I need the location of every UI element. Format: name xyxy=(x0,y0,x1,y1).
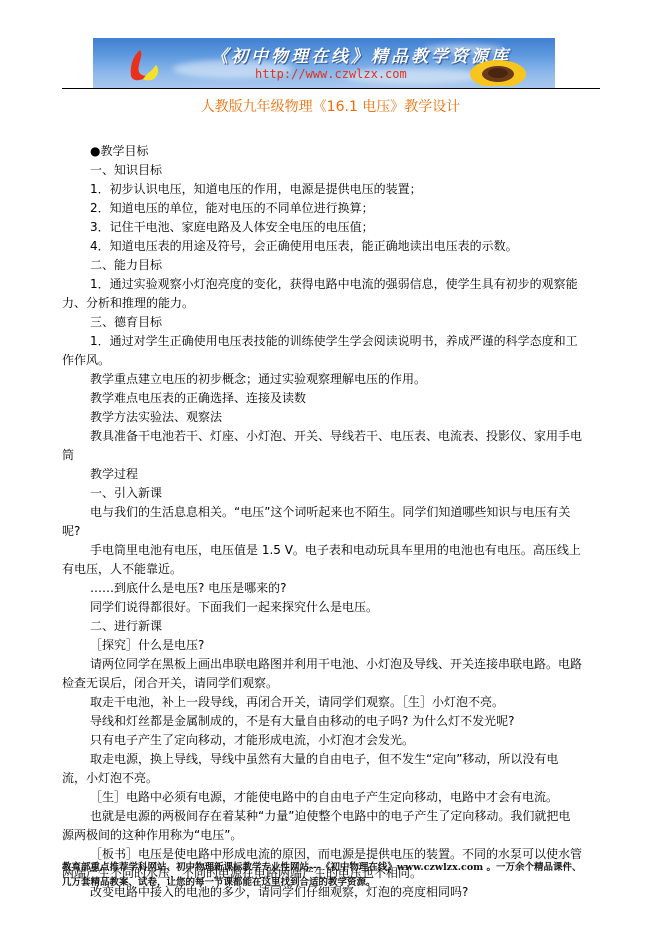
subsection-heading: 二、能力目标 xyxy=(62,256,582,275)
paragraph: ……到底什么是电压? 电压是哪来的? xyxy=(62,579,582,598)
paragraph: 1．通过对学生正确使用电压表技能的训练使学生学会阅读说明书，养成严谨的科学态度和… xyxy=(62,332,582,370)
subsection-heading: 教学过程 xyxy=(62,465,582,484)
document-title: 人教版九年级物理《16.1 电压》教学设计 xyxy=(0,96,661,116)
document-body: ●教学目标 一、知识目标 1．初步认识电压，知道电压的作用，电源是提供电压的装置… xyxy=(62,142,582,902)
footer-line-1: 教育部重点推荐学科网站、初中物理新课标教学专业性网站---《初中物理在线》www… xyxy=(62,860,622,875)
subsection-heading: 三、德育目标 xyxy=(62,313,582,332)
subsection-heading: 二、进行新课 xyxy=(62,617,582,636)
paragraph: 只有电子产生了定向移动，才能形成电流，小灯泡才会发光。 xyxy=(62,731,582,750)
paragraph: 1．初步认识电压，知道电压的作用，电源是提供电压的装置； xyxy=(62,180,582,199)
paragraph: 3．记住干电池、家庭电路及人体安全电压的电压值； xyxy=(62,218,582,237)
section-heading: ●教学目标 xyxy=(62,142,582,161)
paragraph: 取走电源，换上导线，导线中虽然有大量的自由电子，但不发生“定向”移动，所以没有电… xyxy=(62,750,582,788)
paragraph: 导线和灯丝都是金属制成的，不是有大量自由移动的电子吗? 为什么灯不发光呢? xyxy=(62,712,582,731)
header-divider xyxy=(62,88,600,89)
paragraph: 教学难点电压表的正确选择、连接及读数 xyxy=(62,389,582,408)
paragraph: 也就是电源的两极间存在着某种“力量”迫使整个电路中的电子产生了定向移动。我们就把… xyxy=(62,807,582,845)
footer-line-2: 几万套精品教案、试卷，让您的每一节课都能在这里找到合适的教学资源。 xyxy=(62,875,622,890)
paragraph: 同学们说得都很好。下面我们一起来探究什么是电压。 xyxy=(62,598,582,617)
paragraph: 电与我们的生活息息相关。“电压”这个词听起来也不陌生。同学们知道哪些知识与电压有… xyxy=(62,503,582,541)
paragraph: 请两位同学在黑板上画出串联电路图并利用干电池、小灯泡及导线、开关连接串联电路。电… xyxy=(62,655,582,693)
site-logo-icon xyxy=(126,49,166,83)
banner-url[interactable]: http://www.czwlzx.com xyxy=(255,67,407,81)
page-footer: 教育部重点推荐学科网站、初中物理新课标教学专业性网站---《初中物理在线》www… xyxy=(62,860,622,890)
paragraph: 教学方法实验法、观察法 xyxy=(62,408,582,427)
paragraph: 4．知道电压表的用途及符号，会正确使用电压表，能正确地读出电压表的示数。 xyxy=(62,237,582,256)
banner-title: 《初中物理在线》精品教学资源库 xyxy=(211,42,511,67)
subsection-heading: 一、知识目标 xyxy=(62,161,582,180)
paragraph: 2．知道电压的单位，能对电压的不同单位进行换算； xyxy=(62,199,582,218)
paragraph: ［探究］什么是电压? xyxy=(62,636,582,655)
paragraph: 教学重点建立电压的初步概念；通过实验观察理解电压的作用。 xyxy=(62,370,582,389)
sunflower-icon xyxy=(468,56,528,86)
paragraph: 1．通过实验观察小灯泡亮度的变化，获得电路中电流的强弱信息，使学生具有初步的观察… xyxy=(62,275,582,313)
paragraph: 手电筒里电池有电压，电压值是 1.5 V。电子表和电动玩具车里用的电池也有电压。… xyxy=(62,541,582,579)
paragraph: 取走干电池，补上一段导线，再闭合开关，请同学们观察。［生］小灯泡不亮。 xyxy=(62,693,582,712)
paragraph: 教具准备干电池若干、灯座、小灯泡、开关、导线若干、电压表、电流表、投影仪、家用手… xyxy=(62,427,582,465)
subsection-heading: 一、引入新课 xyxy=(62,484,582,503)
paragraph: ［生］电路中必须有电源，才能使电路中的自由电子产生定向移动，电路中才会有电流。 xyxy=(62,788,582,807)
header-banner: 《初中物理在线》精品教学资源库 http://www.czwlzx.com xyxy=(93,38,555,88)
